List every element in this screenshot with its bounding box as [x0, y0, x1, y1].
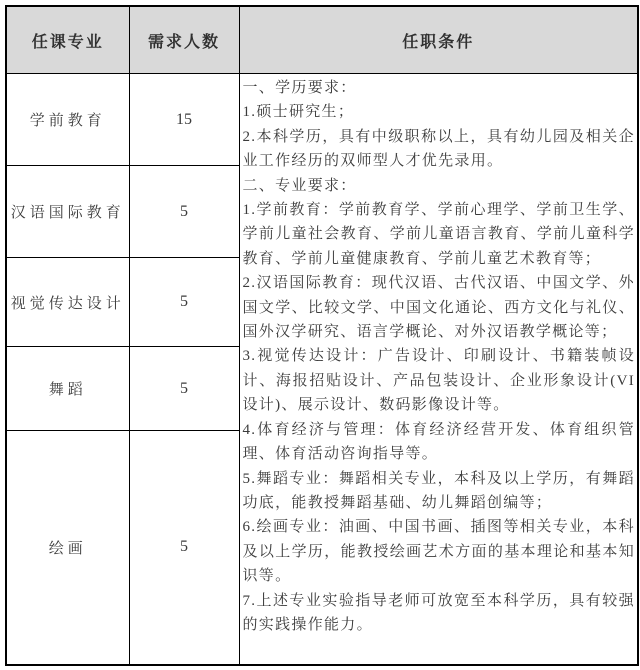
count-cell: 5	[129, 166, 239, 258]
requirement-line: 2.汉语国际教育：现代汉语、古代汉语、中国文学、外国文学、比较文学、中国文化通论…	[243, 271, 636, 344]
count-cell: 15	[129, 74, 239, 166]
page: 任课专业 需求人数 任职条件 学前教育 15 一、学历要求： 1.硕士研究生； …	[0, 0, 640, 670]
requirement-line: 2.本科学历，具有中级职称以上，具有幼儿园及相关企业工作经历的双师型人才优先录用…	[243, 125, 636, 174]
requirement-line: 7.上述专业实验指导老师可放宽至本科学历，具有较强的实践操作能力。	[243, 589, 636, 638]
requirements-cell: 一、学历要求： 1.硕士研究生； 2.本科学历，具有中级职称以上，具有幼儿园及相…	[239, 74, 638, 665]
major-cell: 汉语国际教育	[6, 166, 129, 258]
requirement-line: 1.学前教育：学前教育学、学前心理学、学前卫生学、学前儿童社会教育、学前儿童语言…	[243, 198, 636, 271]
table-row-preschool-education: 学前教育 15 一、学历要求： 1.硕士研究生； 2.本科学历，具有中级职称以上…	[6, 74, 638, 166]
header-count: 需求人数	[129, 6, 239, 74]
count-cell: 5	[129, 258, 239, 347]
major-cell: 视觉传达设计	[6, 258, 129, 347]
requirement-line: 二、专业要求：	[243, 174, 636, 198]
major-cell: 舞蹈	[6, 347, 129, 431]
count-cell: 5	[129, 347, 239, 431]
header-major: 任课专业	[6, 6, 129, 74]
requirement-line: 6.绘画专业：油画、中国书画、插图等相关专业，本科及以上学历，能教授绘画艺术方面…	[243, 515, 636, 588]
header-requirements: 任职条件	[239, 6, 638, 74]
requirement-line: 3.视觉传达设计：广告设计、印刷设计、书籍装帧设计、海报招贴设计、产品包装设计、…	[243, 344, 636, 417]
major-cell: 绘画	[6, 431, 129, 665]
requirement-line: 一、学历要求：	[243, 76, 636, 100]
recruitment-table: 任课专业 需求人数 任职条件 学前教育 15 一、学历要求： 1.硕士研究生； …	[5, 5, 639, 666]
major-cell: 学前教育	[6, 74, 129, 166]
requirement-line: 1.硕士研究生；	[243, 100, 636, 124]
header-row: 任课专业 需求人数 任职条件	[6, 6, 638, 74]
requirement-line: 5.舞蹈专业：舞蹈相关专业，本科及以上学历，有舞蹈功底，能教授舞蹈基础、幼儿舞蹈…	[243, 467, 636, 516]
requirement-line: 4.体育经济与管理：体育经济经营开发、体育组织管理、体育活动咨询指导等。	[243, 418, 636, 467]
count-cell: 5	[129, 431, 239, 665]
